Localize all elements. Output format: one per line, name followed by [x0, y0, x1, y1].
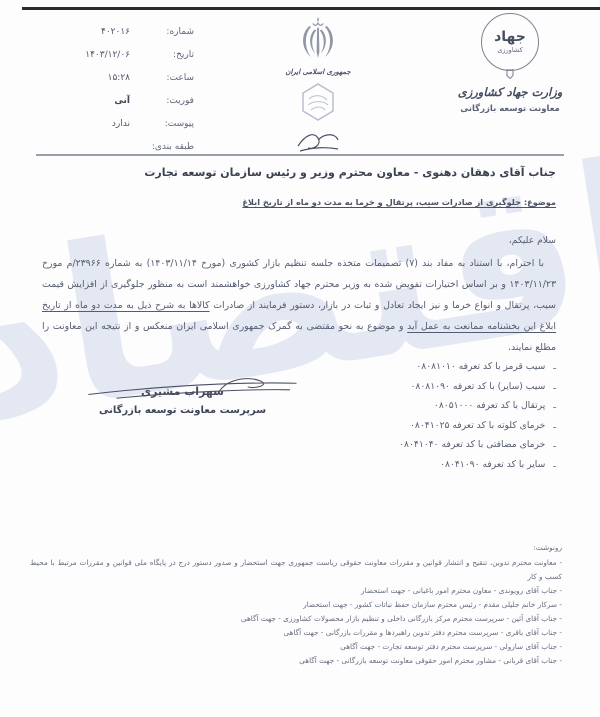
- hexagon-seal-icon: [301, 83, 335, 121]
- cc-item: - جناب آقای باقری - سرپرست محترم دفتر تد…: [30, 626, 562, 640]
- deputy-title: معاونت توسعه بازرگانی: [430, 104, 590, 114]
- meta-row-attachment: پیوست: ندارد: [32, 119, 194, 142]
- salutation: سلام علیکم،: [509, 235, 556, 246]
- tariff-item-text: خرمای مضافتی با کد تعرفه ۰۸۰۴۱۰۴۰: [399, 439, 545, 450]
- meta-label-urgency: فوریت:: [142, 96, 194, 106]
- jihad-logo-title: جهاد: [494, 30, 526, 44]
- meta-row-urgency: فوریت: آنی: [32, 96, 194, 119]
- emblem-block: جمهوری اسلامی ایران: [281, 15, 355, 158]
- scanned-letter-page: اقتصاد جهاد کشاورزی وزارت جهاد کشاورزی م…: [0, 0, 600, 717]
- meta-label-classification: طبقه بندی:: [142, 142, 194, 152]
- meta-row-time: ساعت: ۱۵:۲۸: [32, 73, 194, 96]
- tariff-item: ـسیب (سایر) با کد تعرفه ۰۸۰۸۱۰۹۰: [399, 377, 556, 397]
- tariff-item: ـپرتقال با کد تعرفه ۰۸۰۵۱۰۰۰: [399, 396, 556, 416]
- cc-list: - معاونت محترم تدوین، تنقیح و انتشار قوا…: [30, 556, 562, 668]
- dash-marker: ـ: [553, 439, 556, 450]
- signatory-title: سرپرست معاونت توسعه بازرگانی: [90, 405, 275, 416]
- recipient-line: جناب آقای دهقان دهنوی - معاون محترم وزیر…: [44, 166, 556, 179]
- meta-value-date: ۱۴۰۳/۱۲/۰۶: [32, 50, 142, 60]
- cc-item: - جناب آقای آئین - سرپرست محترم مرکز باز…: [30, 612, 562, 626]
- tariff-item: ـخرمای کلوته با کد تعرفه ۰۸۰۴۱۰۲۵: [399, 416, 556, 436]
- cc-item: - سرکار خانم جلیلی مقدم - رئیس محترم ساز…: [30, 598, 562, 612]
- center-signature-icon: [294, 128, 342, 154]
- body-text: با احترام، با استناد به مفاد بند (۷) تصم…: [42, 253, 556, 358]
- meta-label-attachment: پیوست:: [142, 119, 194, 129]
- ministry-block: جهاد کشاورزی وزارت جهاد کشاورزی معاونت ت…: [430, 13, 590, 114]
- meta-label-date: تاریخ:: [142, 50, 194, 60]
- subject-line: موضوع: جلوگیری از صادرات سیب، پرتقال و خ…: [242, 197, 556, 207]
- signature-name-wrap: سهراب مشیری: [141, 380, 224, 399]
- jihad-logo-icon: جهاد کشاورزی: [481, 13, 539, 71]
- tariff-item-text: خرمای کلوته با کد تعرفه ۰۸۰۴۱۰۲۵: [410, 420, 545, 431]
- ministry-title: وزارت جهاد کشاورزی: [430, 85, 590, 99]
- tariff-item-text: پرتقال با کد تعرفه ۰۸۰۵۱۰۰۰: [434, 400, 545, 411]
- tariff-item-text: سایر با کد تعرفه ۰۸۰۴۱۰۹۰: [440, 459, 545, 470]
- tariff-item: ـخرمای مضافتی با کد تعرفه ۰۸۰۴۱۰۴۰: [399, 435, 556, 455]
- header-divider: [36, 154, 564, 156]
- tariff-item: ـسایر با کد تعرفه ۰۸۰۴۱۰۹۰: [399, 455, 556, 475]
- dash-marker: ـ: [553, 459, 556, 470]
- letter-meta: شماره: ۴۰۲۰۱۶ تاریخ: ۱۴۰۳/۱۲/۰۶ ساعت: ۱۵…: [32, 27, 194, 165]
- tariff-item-text: سیب (سایر) با کد تعرفه ۰۸۰۸۱۰۹۰: [410, 381, 545, 392]
- top-border-line: [22, 7, 600, 10]
- cc-label: رونوشت:: [30, 541, 562, 555]
- dash-marker: ـ: [553, 420, 556, 431]
- hexagon-seal: [281, 83, 355, 125]
- signature-block: سهراب مشیری سرپرست معاونت توسعه بازرگانی: [90, 380, 275, 416]
- cc-item: - جناب آقای سارولی - سرپرست محترم دفتر ت…: [30, 640, 562, 654]
- cc-block: رونوشت: - معاونت محترم تدوین، تنقیح و ان…: [30, 541, 562, 668]
- meta-value-number: ۴۰۲۰۱۶: [32, 27, 142, 37]
- meta-value-time: ۱۵:۲۸: [32, 73, 142, 83]
- meta-row-date: تاریخ: ۱۴۰۳/۱۲/۰۶: [32, 50, 194, 73]
- republic-title: جمهوری اسلامی ایران: [281, 68, 355, 76]
- jihad-logo-subtitle: کشاورزی: [497, 46, 522, 54]
- dash-marker: ـ: [553, 400, 556, 411]
- cc-item: - جناب آقای قربانی - مشاور محترم امور حق…: [30, 654, 562, 668]
- signatory-name: سهراب مشیری: [141, 385, 224, 398]
- meta-value-attachment: ندارد: [32, 119, 142, 129]
- logo-ribbon-icon: [504, 69, 516, 79]
- tariff-item: ـسیب قرمز با کد تعرفه ۰۸۰۸۱۰۱۰: [399, 357, 556, 377]
- meta-label-number: شماره:: [142, 27, 194, 37]
- meta-value-urgency: آنی: [32, 96, 142, 106]
- dash-marker: ـ: [553, 361, 556, 372]
- meta-label-time: ساعت:: [142, 73, 194, 83]
- tariff-item-text: سیب قرمز با کد تعرفه ۰۸۰۸۱۰۱۰: [416, 361, 545, 372]
- cc-item: - جناب آقای رویوندی - معاون محترم امور ب…: [30, 584, 562, 598]
- cc-item: - معاونت محترم تدوین، تنقیح و انتشار قوا…: [30, 556, 562, 584]
- iran-emblem-icon: [299, 15, 337, 63]
- meta-row-number: شماره: ۴۰۲۰۱۶: [32, 27, 194, 50]
- dash-marker: ـ: [553, 381, 556, 392]
- tariff-list: ـسیب قرمز با کد تعرفه ۰۸۰۸۱۰۱۰ـسیب (سایر…: [399, 357, 556, 474]
